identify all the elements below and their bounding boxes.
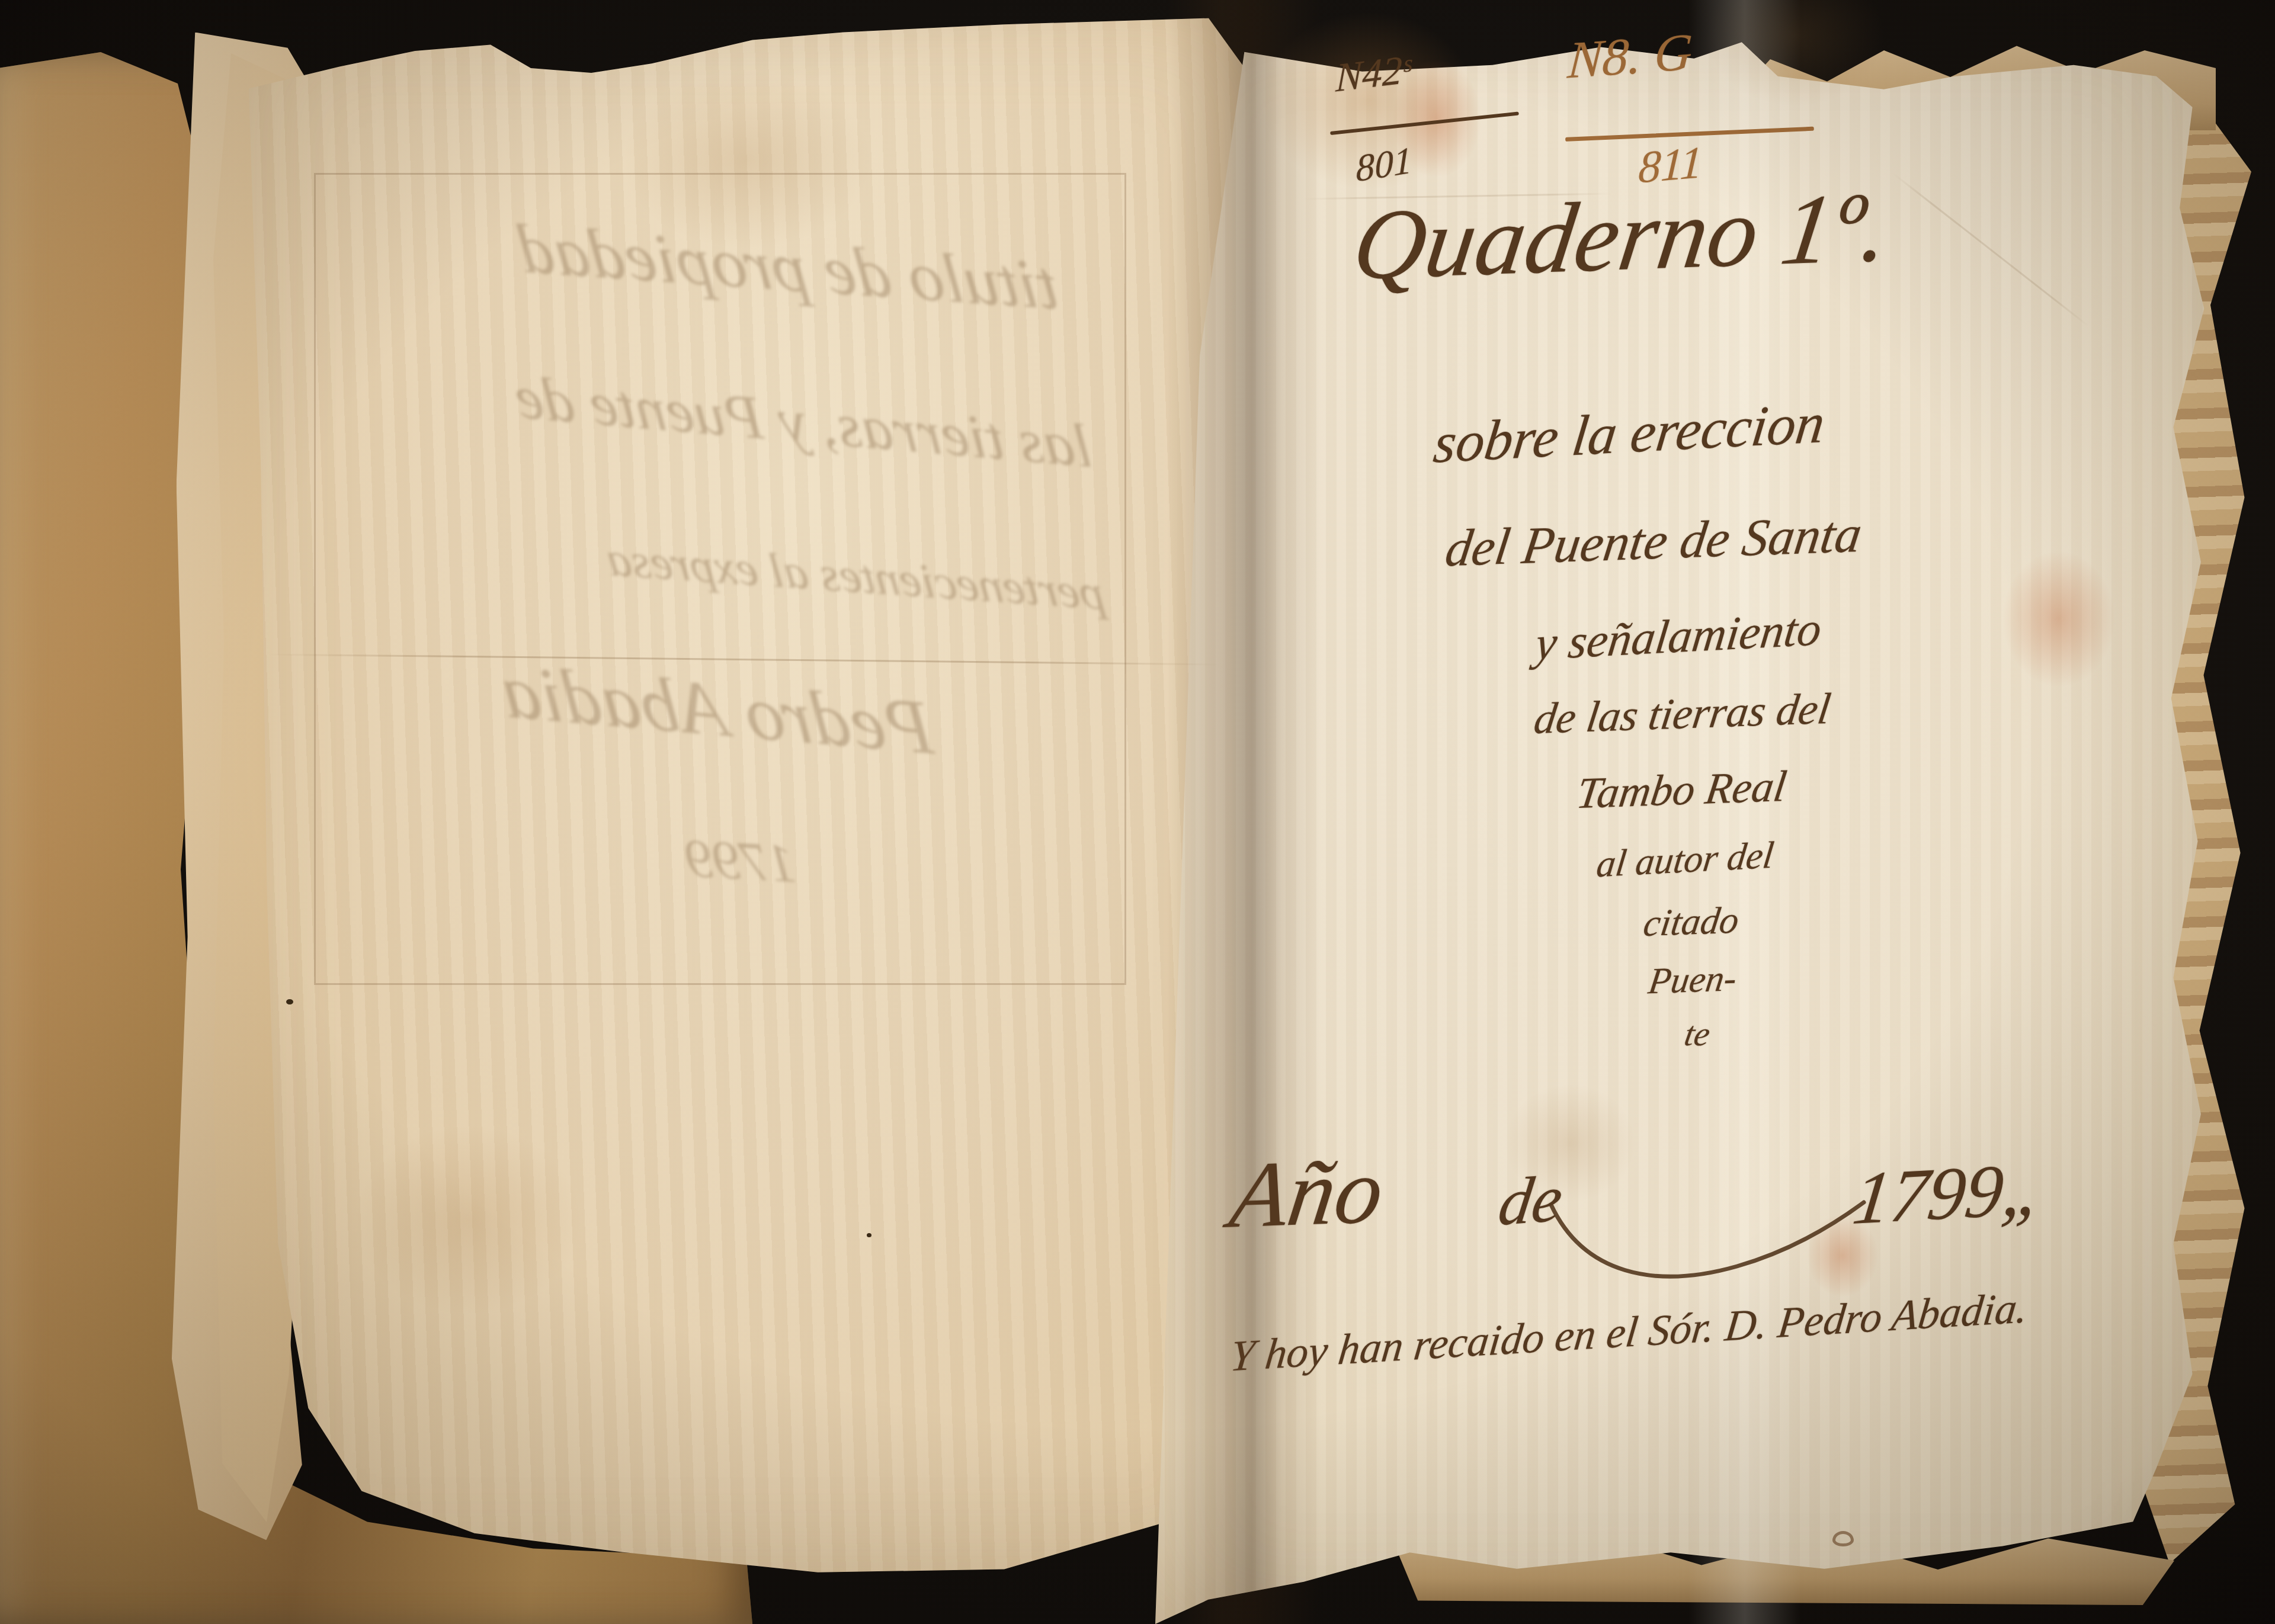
show-through-text-block: titulo de propiedad las tierras, y Puent… (316, 175, 1124, 983)
show-through-line: las tierras, y Puente de (512, 362, 1095, 482)
stain (2002, 551, 2115, 687)
archival-mark-number: N8. G (1566, 22, 1694, 91)
title-line: Tambo Real (1574, 762, 1790, 820)
show-through-frame: titulo de propiedad las tierras, y Puent… (314, 173, 1126, 985)
stray-ink-mark (1832, 1531, 1854, 1546)
title-line: Quaderno 1º. (1347, 170, 1896, 304)
year-label: Año (1224, 1137, 1390, 1250)
title-line: de las tierras del (1531, 684, 1834, 745)
show-through-line: 1799 (683, 826, 798, 894)
ink-speck (867, 1233, 871, 1237)
ink-speck (286, 999, 293, 1004)
title-line: Puen- (1646, 958, 1739, 1003)
show-through-line: titulo de propiedad (515, 208, 1062, 326)
stain (355, 1125, 581, 1315)
year-value: 1799„ (1848, 1146, 2049, 1242)
show-through-line: pertenecientes al expresa (604, 531, 1107, 621)
archival-mark-number: N42ˢ (1335, 45, 1411, 101)
archival-mark-number: 801 (1356, 138, 1412, 191)
show-through-line: Pedro Abadia (498, 647, 937, 772)
title-line: citado (1641, 898, 1742, 945)
flourish-line (1547, 1196, 1867, 1291)
manuscript-photo: titulo de propiedad las tierras, y Puent… (0, 0, 2275, 1624)
